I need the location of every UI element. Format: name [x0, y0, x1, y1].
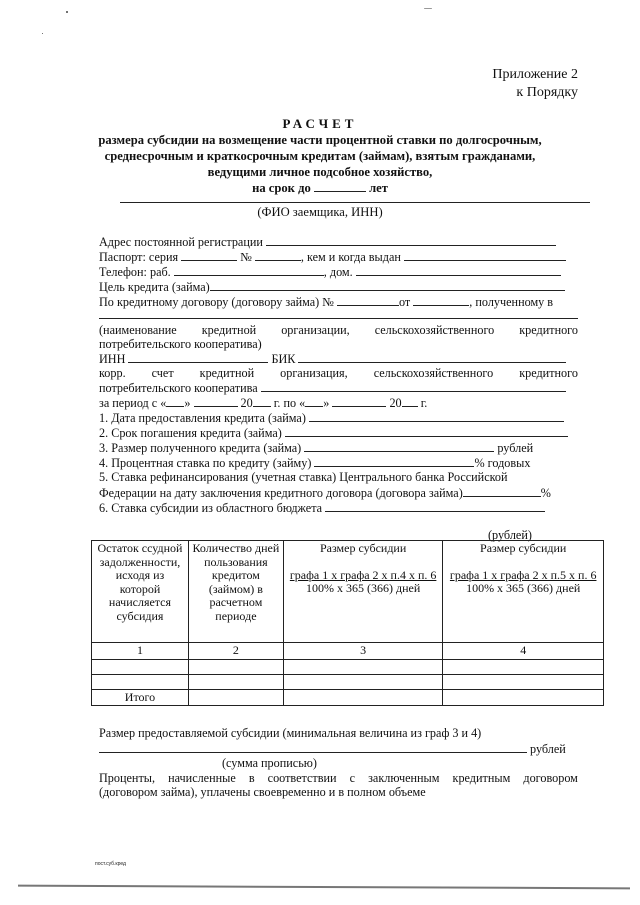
table-cell[interactable] — [283, 674, 443, 689]
column-number-row: 1 2 3 4 — [92, 643, 604, 660]
inn-label: ИНН — [99, 352, 125, 366]
word: счет — [152, 366, 174, 380]
subsidy-amount-caption: (сумма прописью) — [222, 756, 317, 770]
item-5-row-2: Федерации на дату заключения кредитного … — [99, 485, 551, 500]
word: с — [350, 771, 355, 785]
bik-field[interactable] — [298, 351, 566, 363]
word: кредитной — [200, 366, 254, 380]
passport-row: Паспорт: серия № , кем и когда выдан — [99, 249, 566, 264]
passport-issued-field[interactable] — [404, 249, 566, 261]
title-term: на срок до лет — [0, 180, 640, 196]
appendix-reference: к Порядку — [492, 84, 578, 102]
table-header-row: Остаток ссудной задолженности, исходя из… — [92, 541, 604, 643]
item-5-field[interactable] — [463, 485, 541, 497]
subsidy-amount-unit: рублей — [530, 742, 566, 756]
subsidy-amount-row: рублей — [99, 741, 566, 756]
interest-paid-line-2: (договором займа), уплачены своевременно… — [99, 785, 426, 799]
title-line-3: ведущими личное подсобное хозяйство, — [0, 164, 640, 180]
period-to-label: г. по « — [274, 396, 305, 410]
table-cell[interactable] — [443, 674, 604, 689]
period-to-year-field[interactable] — [402, 395, 418, 407]
total-cell[interactable] — [283, 689, 443, 706]
phone-home-label: , дом. — [324, 265, 353, 279]
header-3-numerator: графа 1 х графа 2 х п.4 х п. 6 — [286, 569, 441, 583]
word: корр. — [99, 366, 126, 380]
scan-speck — [66, 11, 68, 13]
header-subsidy-key-rate: Размер субсидии графа 1 х графа 2 х п.4 … — [283, 541, 443, 643]
subsidy-amount-label: Размер предоставляемой субсидии (минимал… — [99, 726, 481, 740]
passport-series-field[interactable] — [181, 249, 237, 261]
header-4-title: Размер субсидии — [445, 542, 601, 556]
header-days: Количество дней пользования кредитом (за… — [188, 541, 283, 643]
item-2-label: 2. Срок погашения кредита (займа) — [99, 426, 282, 440]
contract-row: По кредитному договору (договору займа) … — [99, 294, 553, 309]
subsidy-amount-field[interactable] — [99, 741, 527, 753]
col-number: 4 — [443, 643, 604, 660]
item-5-unit: % — [541, 486, 551, 500]
period-from-year-field[interactable] — [253, 395, 271, 407]
contract-date-label: от — [399, 295, 410, 309]
item-4-label: 4. Процентная ставка по кредиту (займу) — [99, 456, 311, 470]
col-number: 3 — [283, 643, 443, 660]
purpose-row: Цель кредита (займа) — [99, 279, 565, 294]
period-row: за период с «» 20 г. по «» 20 г. — [99, 395, 427, 410]
corr-account-line-2: потребительского кооператива — [99, 380, 566, 395]
passport-number-field[interactable] — [255, 249, 301, 261]
contract-number-label: По кредитному договору (договору займа) … — [99, 295, 334, 309]
bik-label: БИК — [272, 352, 296, 366]
table-cell[interactable] — [92, 659, 189, 674]
header-3-title: Размер субсидии — [286, 542, 441, 556]
period-from-label: за период с « — [99, 396, 166, 410]
quote-close: » — [323, 396, 329, 410]
header-4-denominator: 100% х 365 (366) дней — [445, 582, 601, 596]
quote-close: » — [184, 396, 190, 410]
table-cell[interactable] — [92, 674, 189, 689]
passport-series-label: Паспорт: серия — [99, 250, 178, 264]
subsidy-table: Остаток ссудной задолженности, исходя из… — [91, 540, 604, 706]
item-5-label: Федерации на дату заключения кредитного … — [99, 486, 463, 500]
word: кредитной — [202, 323, 256, 337]
title-main: РАСЧЕТ — [0, 116, 640, 132]
word: организация, — [280, 366, 348, 380]
passport-number-label: № — [240, 250, 252, 264]
item-2-field[interactable] — [285, 425, 568, 437]
phone-row: Телефон: раб. , дом. — [99, 264, 561, 279]
lender-name-field[interactable] — [99, 318, 578, 319]
contract-date-field[interactable] — [413, 294, 457, 306]
word: кредитного — [519, 366, 578, 380]
item-5-row-1: 5. Ставка рефинансирования (учетная став… — [99, 470, 508, 484]
period-from-century: 20 — [241, 396, 253, 410]
passport-issued-label: , кем и когда выдан — [301, 250, 401, 264]
period-to-month-field[interactable] — [332, 395, 386, 407]
purpose-field[interactable] — [210, 279, 565, 291]
period-to-day-field[interactable] — [305, 395, 323, 407]
contract-number-field[interactable] — [337, 294, 399, 306]
item-1-row: 1. Дата предоставления кредита (займа) — [99, 410, 564, 425]
scan-speck — [42, 33, 43, 34]
item-1-field[interactable] — [309, 410, 564, 422]
term-years-field[interactable] — [314, 180, 366, 192]
word: начисленные — [168, 771, 236, 785]
item-6-label: 6. Ставка субсидии из областного бюджета — [99, 501, 322, 515]
word: сельскохозяйственного — [374, 366, 494, 380]
word: заключенным — [368, 771, 439, 785]
item-3-label: 3. Размер полученного кредита (займа) — [99, 441, 301, 455]
total-cell[interactable] — [188, 689, 283, 706]
table-cell[interactable] — [283, 659, 443, 674]
word: договором — [523, 771, 578, 785]
table-row — [92, 674, 604, 689]
title-line-1: размера субсидии на возмещение части про… — [0, 132, 640, 148]
scan-edge-line — [18, 885, 630, 890]
borrower-name-field[interactable] — [120, 202, 590, 203]
item-4-row: 4. Процентная ставка по кредиту (займу) … — [99, 455, 530, 470]
period-from-month-field[interactable] — [194, 395, 238, 407]
period-end-label: г. — [421, 396, 428, 410]
address-label: Адрес постоянной регистрации — [99, 235, 263, 249]
period-to-century: 20 — [389, 396, 401, 410]
contract-year-field[interactable] — [457, 294, 469, 306]
total-cell[interactable] — [443, 689, 604, 706]
corr-account-line-1: корр.счеткредитнойорганизация,сельскохоз… — [99, 366, 578, 380]
term-prefix: на срок до — [252, 181, 311, 195]
table-row — [92, 659, 604, 674]
inn-field[interactable] — [128, 351, 268, 363]
appendix-number: Приложение 2 — [492, 66, 578, 84]
col-number: 2 — [188, 643, 283, 660]
header-subsidy-refinance-rate: Размер субсидии графа 1 х графа 2 х п.5 … — [443, 541, 604, 643]
footer-code: пост.суб.кред — [95, 861, 126, 867]
scan-speck — [424, 8, 432, 9]
document-title: РАСЧЕТ размера субсидии на возмещение ча… — [0, 116, 640, 196]
col-number: 1 — [92, 643, 189, 660]
contract-received-label: , полученному в — [469, 295, 553, 309]
item-4-field[interactable] — [314, 455, 474, 467]
item-2-row: 2. Срок погашения кредита (займа) — [99, 425, 568, 440]
corr-account-field[interactable] — [261, 380, 566, 392]
address-field[interactable] — [266, 234, 556, 246]
corr-account-label: потребительского кооператива — [99, 381, 258, 395]
table-cell[interactable] — [443, 659, 604, 674]
item-6-field[interactable] — [325, 500, 545, 512]
word: сельскохозяйственного — [375, 323, 495, 337]
appendix-label: Приложение 2 к Порядку — [492, 66, 578, 102]
header-4-numerator: графа 1 х графа 2 х п.5 х п. 6 — [445, 569, 601, 583]
header-3-denominator: 100% х 365 (366) дней — [286, 582, 441, 596]
item-3-row: 3. Размер полученного кредита (займа) ру… — [99, 440, 533, 455]
item-4-unit: % годовых — [474, 456, 530, 470]
lender-caption-line-2: потребительского кооператива) — [99, 337, 262, 351]
borrower-caption: (ФИО заемщика, ИНН) — [0, 205, 640, 220]
item-3-unit: рублей — [497, 441, 533, 455]
purpose-label: Цель кредита (займа) — [99, 280, 210, 294]
word: Проценты, — [99, 771, 155, 785]
address-row: Адрес постоянной регистрации — [99, 234, 556, 249]
total-row: Итого — [92, 689, 604, 706]
header-loan-balance: Остаток ссудной задолженности, исходя из… — [92, 541, 189, 643]
word: организации, — [281, 323, 349, 337]
word: (наименование — [99, 323, 177, 337]
table-cell[interactable] — [188, 659, 283, 674]
word: кредитным — [453, 771, 511, 785]
item-1-label: 1. Дата предоставления кредита (займа) — [99, 411, 306, 425]
interest-paid-line-1: Проценты,начисленныевсоответствиисзаключ… — [99, 771, 578, 785]
phone-work-label: Телефон: раб. — [99, 265, 171, 279]
word: соответствии — [268, 771, 337, 785]
inn-bik-row: ИНН БИК — [99, 351, 566, 366]
item-6-row: 6. Ставка субсидии из областного бюджета — [99, 500, 545, 515]
total-label: Итого — [92, 689, 189, 706]
word: кредитного — [519, 323, 578, 337]
word: в — [249, 771, 255, 785]
term-suffix: лет — [369, 181, 388, 195]
table-cell[interactable] — [188, 674, 283, 689]
phone-work-field[interactable] — [174, 264, 324, 276]
period-from-day-field[interactable] — [166, 395, 184, 407]
lender-caption-line-1: (наименованиекредитнойорганизации,сельск… — [99, 323, 578, 337]
item-3-field[interactable] — [304, 440, 494, 452]
phone-home-field[interactable] — [356, 264, 561, 276]
title-line-2: среднесрочным и краткосрочным кредитам (… — [0, 148, 640, 164]
